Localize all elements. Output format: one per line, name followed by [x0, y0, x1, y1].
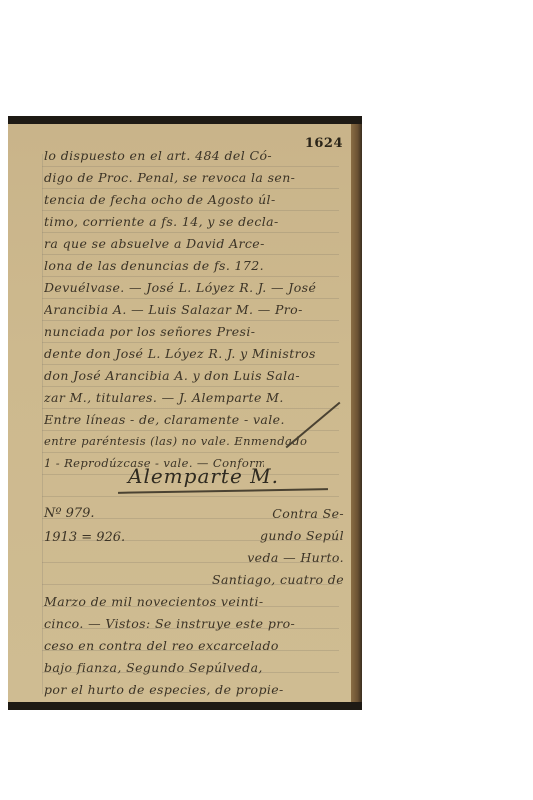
text-line: timo, corriente a fs. 14, y se decla- — [44, 214, 344, 234]
text-line: Entre líneas - de, claramente - vale. — [44, 412, 344, 432]
text-line: lona de las denuncias de fs. 172. — [44, 258, 344, 278]
text-line: ceso en contra del reo excarcelado — [44, 638, 344, 658]
ruled-line — [42, 496, 339, 497]
text-line: Devuélvase. — José L. Lóyez R. J. — José — [44, 280, 344, 300]
text-line: cinco. — Vistos: Se instruye este pro- — [44, 616, 344, 636]
text-line: Santiago, cuatro de — [44, 572, 344, 592]
text-line: Marzo de mil novecientos veinti- — [44, 594, 344, 614]
text-line: por el hurto de especies, de propie- — [44, 682, 344, 702]
margin-line — [42, 154, 43, 694]
text-line: dente don José L. Lóyez R. J. y Ministro… — [44, 346, 344, 366]
signature: Alemparte M. — [128, 464, 279, 488]
text-line: Arancibia A. — Luis Salazar M. — Pro- — [44, 302, 344, 322]
text-line: bajo fianza, Segundo Sepúlveda, — [44, 660, 344, 680]
paper-sheet: 1624 lo dispuesto en el art. 484 del Có-… — [8, 124, 351, 702]
text-line: tencia de fecha ocho de Agosto úl- — [44, 192, 344, 212]
scanned-page: 1624 lo dispuesto en el art. 484 del Có-… — [8, 116, 362, 710]
signature-underline — [118, 488, 328, 494]
text-line: don José Arancibia A. y don Luis Sala- — [44, 368, 344, 388]
case-party: Contra Se- — [44, 506, 344, 526]
text-line: digo de Proc. Penal, se revoca la sen- — [44, 170, 344, 190]
text-line: lo dispuesto en el art. 484 del Có- — [44, 148, 344, 168]
page-edge — [351, 124, 362, 702]
case-party: veda — Hurto. — [44, 550, 344, 570]
text-line: nunciada por los señores Presi- — [44, 324, 344, 344]
text-line: zar M., titulares. — J. Alemparte M. — [44, 390, 344, 410]
case-party: gundo Sepúl — [44, 528, 344, 548]
text-line: ra que se absuelve a David Arce- — [44, 236, 344, 256]
